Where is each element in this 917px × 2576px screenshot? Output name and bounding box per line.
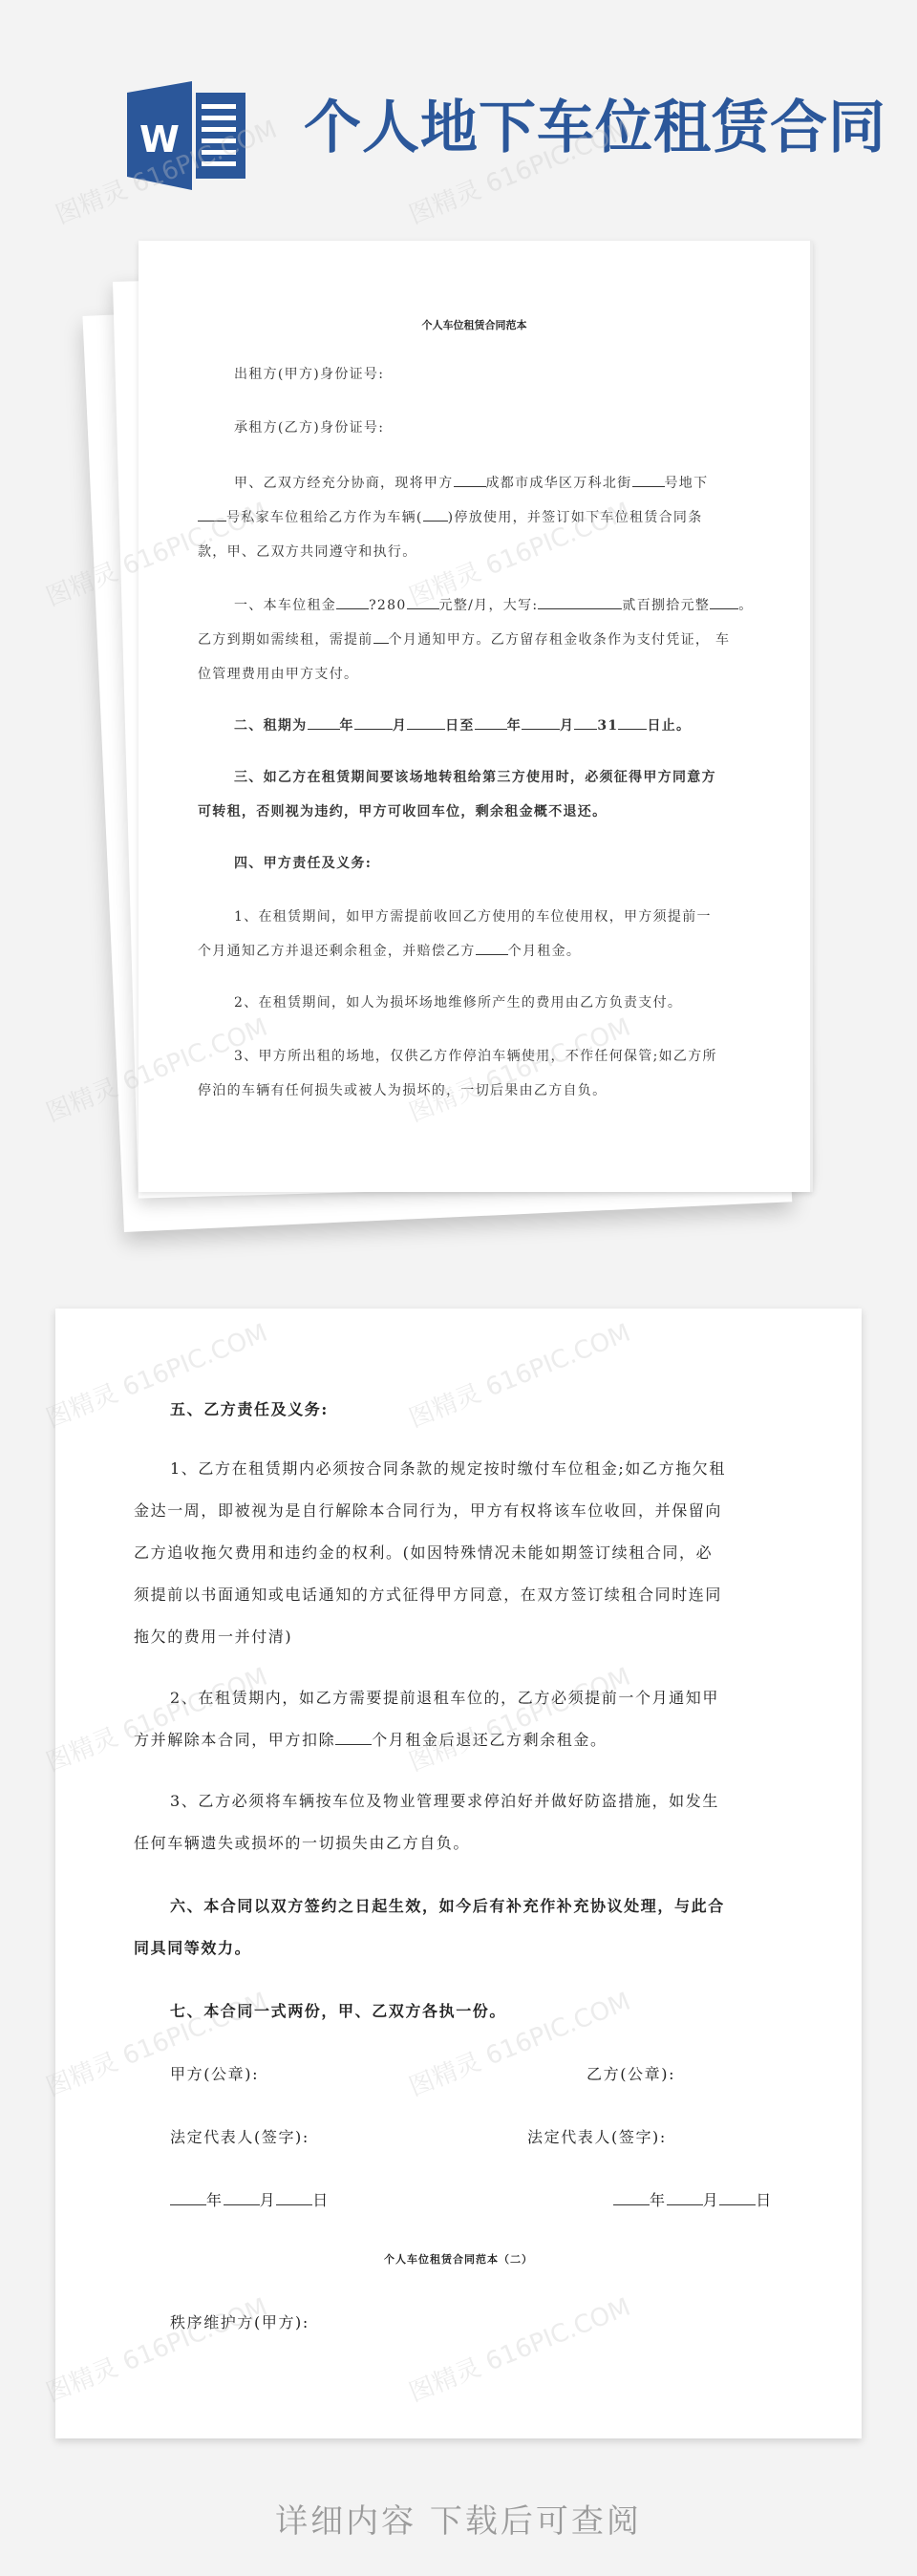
clause-7: 七、本合同一式两份，甲、乙双方各执一份。	[170, 1991, 506, 2033]
intro-text: 号地下	[665, 476, 709, 491]
word-icon: W	[125, 81, 259, 190]
clause-text: 。	[738, 598, 753, 613]
intro-line-1: 甲、乙双方经充分协商，现将甲方成都市成华区万科北街号地下	[234, 466, 708, 500]
blank-field	[454, 473, 486, 487]
party-b-representative: 法定代表人(签字):	[527, 2117, 667, 2159]
blank-field	[475, 715, 507, 730]
blank-field	[336, 595, 369, 609]
clause-text: 个月通知甲方。乙方留存租金收条作为支付凭证， 车	[389, 632, 731, 648]
clause-1-line-1: 一、本车位租金?280元整/月，大写:贰百捌拾元整。	[234, 588, 754, 623]
blank-field	[476, 941, 508, 955]
blank-field	[198, 507, 226, 522]
clause-text: 日至	[445, 718, 475, 734]
blank-field	[373, 629, 389, 644]
lessor-id-line: 出租方(甲方)身份证号:	[234, 357, 384, 392]
clause-text: 月	[393, 718, 407, 734]
blank-field	[335, 1729, 372, 1745]
clause-text: 元整/月，大写:	[439, 598, 539, 613]
download-hint: 详细内容 下载后可查阅	[0, 2495, 917, 2542]
end-day: 31	[597, 718, 618, 734]
intro-text: 号私家车位租给乙方作为车辆(	[226, 510, 423, 525]
clause-text: 二、租期为	[234, 718, 308, 734]
blank-field	[224, 2189, 260, 2205]
clause-text: 个月租金。	[508, 944, 582, 959]
blank-field	[538, 595, 622, 609]
rent-amount: ?280	[369, 598, 406, 613]
party-a-seal: 甲方(公章):	[170, 2054, 259, 2096]
intro-text: 甲、乙双方经充分协商，现将甲方	[234, 476, 454, 491]
svg-text:W: W	[139, 118, 180, 160]
clause-4-item-3-line-2: 停泊的车辆有任何损失或被人为损坏的，一切后果由乙方自负。	[198, 1074, 607, 1108]
date-label: 年	[650, 2191, 667, 2209]
clause-2: 二、租期为年月日至年月31日止。	[234, 709, 691, 743]
clause-5-item-3-line-2: 任何车辆遗失或损坏的一切损失由乙方自负。	[134, 1822, 470, 1864]
date-label: 日	[312, 2191, 330, 2209]
blank-field	[407, 715, 445, 730]
clause-4-item-2: 2、在租赁期间，如人为损坏场地维修所产生的费用由乙方负责支付。	[234, 986, 682, 1020]
blank-field	[719, 2189, 756, 2205]
clause-3-line-1: 三、如乙方在租赁期间要该场地转租给第三方使用时，必须征得甲方同意方	[234, 760, 716, 795]
clause-1-line-3: 位管理费用由甲方支付。	[198, 657, 358, 692]
clause-5-item-1-line-5: 拖欠的费用一并付清)	[134, 1616, 292, 1658]
clause-4-item-1-line-2: 个月通知乙方并退还剩余租金，并赔偿乙方个月租金。	[198, 934, 581, 969]
document-page-1: 个人车位租赁合同范本 出租方(甲方)身份证号: 承租方(乙方)身份证号: 甲、乙…	[139, 241, 813, 1192]
blank-field	[574, 715, 597, 730]
blank-field	[354, 715, 393, 730]
party-b-seal: 乙方(公章):	[586, 2054, 675, 2096]
clause-text: 乙方到期如需续租，需提前	[198, 632, 373, 648]
clause-text: 月	[560, 718, 574, 734]
clause-1-line-2: 乙方到期如需续租，需提前个月通知甲方。乙方留存租金收条作为支付凭证， 车	[198, 623, 730, 657]
clause-3-line-2: 可转租，否则视为违约，甲方可收回车位，剩余租金概不退还。	[198, 795, 607, 829]
party-b-date: 年月日	[613, 2180, 773, 2222]
clause-5-item-1-line-4: 须提前以书面通知或电话通知的方式征得甲方同意，在双方签订续租合同时连同	[134, 1574, 722, 1616]
blank-field	[632, 473, 665, 487]
blank-field	[618, 715, 647, 730]
blank-field	[613, 2189, 650, 2205]
clause-5-item-3-line-1: 3、乙方必须将车辆按车位及物业管理要求停泊好并做好防盗措施，如发生	[170, 1780, 719, 1822]
blank-field	[522, 715, 560, 730]
blank-field	[667, 2189, 703, 2205]
clause-text: 方并解除本合同，甲方扣除	[134, 1731, 335, 1749]
clause-text: 个月租金后退还乙方剩余租金。	[372, 1731, 607, 1749]
party-a-representative: 法定代表人(签字):	[170, 2117, 309, 2159]
intro-line-2: 号私家车位租给乙方作为车辆()停放使用，并签订如下车位租赁合同条	[198, 500, 703, 535]
clause-5-item-2-line-1: 2、在租赁期内，如乙方需要提前退租车位的，乙方必须提前一个月通知甲	[170, 1677, 719, 1719]
clause-text: 一、本车位租金	[234, 598, 336, 613]
date-label: 月	[703, 2191, 720, 2209]
clause-text: 日止。	[647, 718, 691, 734]
intro-text: 成都市成华区万科北街	[486, 476, 632, 491]
clause-4-heading: 四、甲方责任及义务:	[234, 846, 372, 881]
party-a-date: 年月日	[170, 2180, 330, 2222]
clause-5-heading: 五、乙方责任及义务:	[170, 1389, 329, 1431]
date-label: 日	[756, 2191, 773, 2209]
blank-field	[407, 595, 439, 609]
document-title: 个人车位租赁合同范本	[139, 317, 810, 332]
page-title: 个人地下车位租赁合同	[304, 90, 886, 166]
clause-5-item-1-line-2: 金达一周，即被视为是自行解除本合同行为，甲方有权将该车位收回，并保留向	[134, 1490, 722, 1532]
intro-line-3: 款，甲、乙双方共同遵守和执行。	[198, 535, 417, 569]
clause-4-item-1-line-1: 1、在租赁期间，如甲方需提前收回乙方使用的车位使用权，甲方须提前一	[234, 900, 712, 934]
document-page-2: 五、乙方责任及义务: 1、乙方在租赁期内必须按合同条款的规定按时缴付车位租金;如…	[55, 1309, 862, 2438]
date-label: 年	[206, 2191, 224, 2209]
clause-text: 年	[340, 718, 354, 734]
clause-text: 年	[507, 718, 522, 734]
blank-field	[170, 2189, 206, 2205]
rent-amount-words: 贰百捌拾元整	[622, 598, 710, 613]
order-party-line: 秩序维护方(甲方):	[170, 2302, 309, 2344]
intro-text: )停放使用，并签订如下车位租赁合同条	[448, 510, 703, 525]
blank-field	[710, 595, 738, 609]
lessee-id-line: 承租方(乙方)身份证号:	[234, 411, 384, 445]
blank-field	[276, 2189, 312, 2205]
date-label: 月	[260, 2191, 277, 2209]
blank-field	[423, 507, 448, 522]
clause-6-line-2: 同具同等效力。	[134, 1927, 251, 1969]
clause-6-line-1: 六、本合同以双方签约之日起生效，如今后有补充作补充协议处理，与此合	[170, 1885, 725, 1927]
clause-4-item-3-line-1: 3、甲方所出租的场地，仅供乙方作停泊车辆使用，不作任何保管;如乙方所	[234, 1039, 717, 1074]
clause-5-item-2-line-2: 方并解除本合同，甲方扣除个月租金后退还乙方剩余租金。	[134, 1719, 608, 1761]
clause-5-item-1-line-3: 乙方追收拖欠费用和违约金的权利。(如因特殊情况未能如期签订续租合同，必	[134, 1532, 713, 1574]
clause-5-item-1-line-1: 1、乙方在租赁期内必须按合同条款的规定按时缴付车位租金;如乙方拖欠租	[170, 1448, 726, 1490]
clause-text: 个月通知乙方并退还剩余租金，并赔偿乙方	[198, 944, 476, 959]
blank-field	[308, 715, 340, 730]
document-title-2: 个人车位租赁合同范本（二）	[55, 2251, 862, 2267]
